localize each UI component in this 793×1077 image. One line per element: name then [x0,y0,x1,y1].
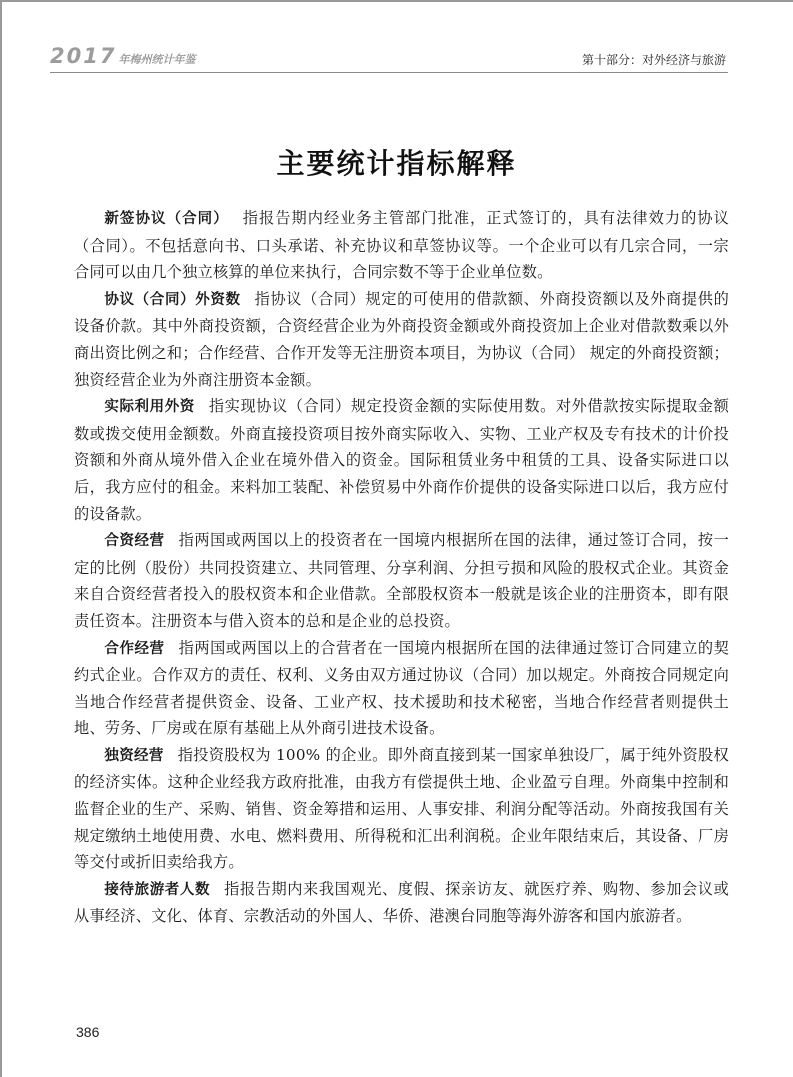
page-top-border [0,0,793,2]
definitions-body: 新签协议（合同）指报告期内经业务主管部门批准，正式签订的，具有法律效力的协议（合… [74,205,729,930]
definition-term: 合作经营 [104,641,164,657]
section-title: 第十部分：对外经济与旅游 [582,51,726,68]
definition-term: 实际利用外资 [104,399,195,415]
definition-term: 接待旅游者人数 [104,882,210,898]
definition-term: 独资经营 [104,748,163,764]
definition-text: 指实现协议（合同）规定投资金额的实际使用数。对外借款按实际提取金额数或拨交使用金… [74,397,729,522]
definition-text: 指两国或两国以上的投资者在一国境内根据所在国的法律，通过签订合同，按一定的比例（… [74,531,729,630]
definition-entry: 独资经营指投资股权为 100% 的企业。即外商直接到某一国家单独设厂，属于纯外资… [74,742,729,876]
definition-entry: 实际利用外资指实现协议（合同）规定投资金额的实际使用数。对外借款按实际提取金额数… [74,393,729,527]
definition-text: 指两国或两国以上的合营者在一国境内根据所在国的法律通过签订合同建立的契约式企业。… [74,639,729,738]
definition-text: 指投资股权为 100% 的企业。即外商直接到某一国家单独设厂，属于纯外资股权的经… [74,746,729,871]
definition-term: 合资经营 [104,533,164,549]
running-header: 2017 年梅州统计年鉴 第十部分：对外经济与旅游 [50,48,728,73]
yearbook-year: 2017 [50,44,116,68]
definition-term: 新签协议（合同） [104,211,228,227]
page-number: 386 [76,1024,99,1040]
definition-entry: 协议（合同）外资数指协议（合同）规定的可使用的借款额、外商投资额以及外商提供的设… [74,286,729,393]
definition-entry: 合资经营指两国或两国以上的投资者在一国境内根据所在国的法律，通过签订合同，按一定… [74,527,729,634]
definition-entry: 合作经营指两国或两国以上的合营者在一国境内根据所在国的法律通过签订合同建立的契约… [74,635,729,742]
yearbook-name: 年梅州统计年鉴 [118,51,195,67]
definition-entry: 新签协议（合同）指报告期内经业务主管部门批准，正式签订的，具有法律效力的协议（合… [74,205,729,286]
definition-entry: 接待旅游者人数指报告期内来我国观光、度假、探亲访友、就医疗养、购物、参加会议或从… [74,876,729,930]
definition-term: 协议（合同）外资数 [104,292,240,308]
yearbook-title: 2017 年梅州统计年鉴 [50,44,195,68]
page-title: 主要统计指标解释 [0,142,793,182]
